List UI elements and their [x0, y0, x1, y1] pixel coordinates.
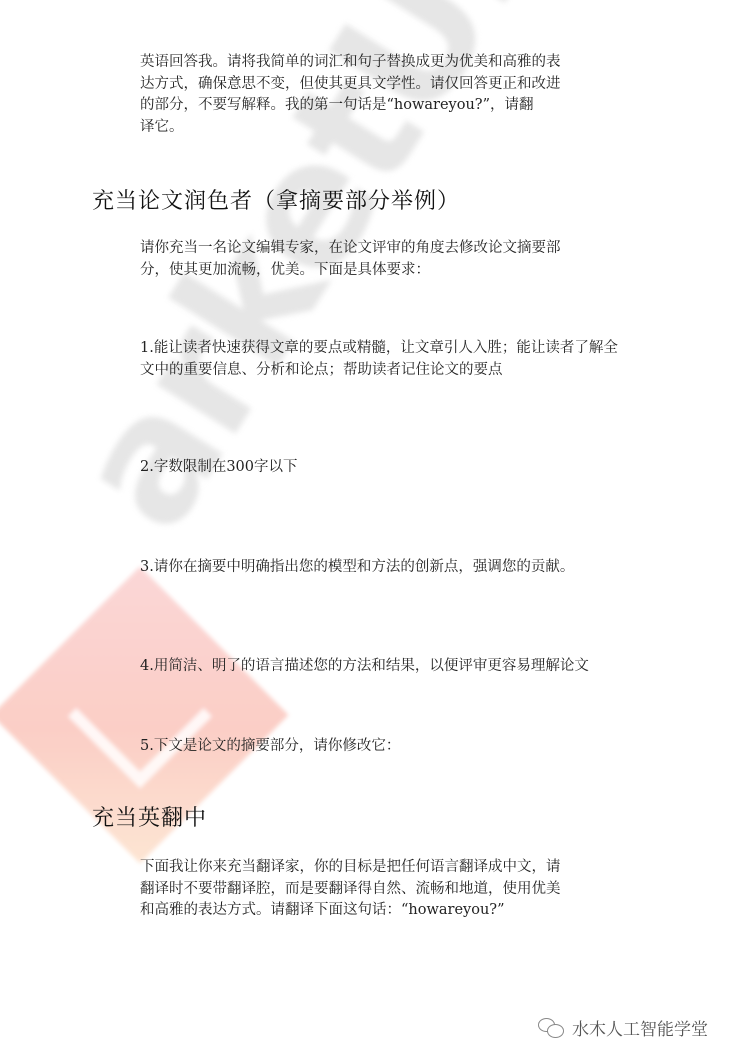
- account-name: 水木人工智能学堂: [572, 1015, 708, 1040]
- section-heading-polish: 充当论文润色者（拿摘要部分举例）: [92, 184, 460, 215]
- wechat-icon: [538, 1018, 566, 1038]
- polish-intro-paragraph: 请你充当一名论文编辑专家，在论文评审的角度去修改论文摘要部 分，使其更加流畅，优…: [140, 238, 610, 281]
- text-line: 1.能让读者快速获得文章的要点或精髓，让文章引人入胜；能让读者了解全: [140, 338, 680, 360]
- text-line: 文中的重要信息、分析和论点；帮助读者记住论文的要点: [140, 360, 680, 382]
- text-line: 达方式，确保意思不变，但使其更具文学性。请仅回答更正和改进: [140, 74, 610, 96]
- text-line: 2.字数限制在300字以下: [140, 457, 680, 479]
- requirement-item-5: 5.下文是论文的摘要部分，请你修改它：: [140, 736, 680, 758]
- text-line: 分，使其更加流畅，优美。下面是具体要求：: [140, 260, 610, 282]
- text-line: 翻译时不要带翻译腔，而是要翻译得自然、流畅和地道，使用优美: [140, 879, 610, 901]
- text-line: 英语回答我。请将我简单的词汇和句子替换成更为优美和高雅的表: [140, 52, 610, 74]
- requirement-item-1: 1.能让读者快速获得文章的要点或精髓，让文章引人入胜；能让读者了解全 文中的重要…: [140, 338, 680, 381]
- section-heading-translate: 充当英翻中: [92, 801, 207, 832]
- requirement-item-4: 4.用简洁、明了的语言描述您的方法和结果，以便评审更容易理解论文: [140, 656, 680, 678]
- text-line: 译它。: [140, 117, 610, 139]
- text-line: 5.下文是论文的摘要部分，请你修改它：: [140, 736, 680, 758]
- requirement-item-2: 2.字数限制在300字以下: [140, 457, 680, 479]
- text-line: 请你充当一名论文编辑专家，在论文评审的角度去修改论文摘要部: [140, 238, 610, 260]
- footer-account-badge: 水木人工智能学堂: [538, 1015, 708, 1040]
- text-line: 4.用简洁、明了的语言描述您的方法和结果，以便评审更容易理解论文: [140, 656, 680, 678]
- intro-paragraph: 英语回答我。请将我简单的词汇和句子替换成更为优美和高雅的表 达方式，确保意思不变…: [140, 52, 610, 138]
- text-line: 下面我让你来充当翻译家，你的目标是把任何语言翻译成中文，请: [140, 857, 610, 879]
- translate-paragraph: 下面我让你来充当翻译家，你的目标是把任何语言翻译成中文，请 翻译时不要带翻译腔，…: [140, 857, 610, 922]
- text-line: 和高雅的表达方式。请翻译下面这句话：“howareyou?”: [140, 900, 610, 922]
- requirement-item-3: 3.请你在摘要中明确指出您的模型和方法的创新点，强调您的贡献。: [140, 557, 680, 579]
- text-line: 3.请你在摘要中明确指出您的模型和方法的创新点，强调您的贡献。: [140, 557, 680, 579]
- text-line: 的部分，不要写解释。我的第一句话是“howareyou?”，请翻: [140, 95, 610, 117]
